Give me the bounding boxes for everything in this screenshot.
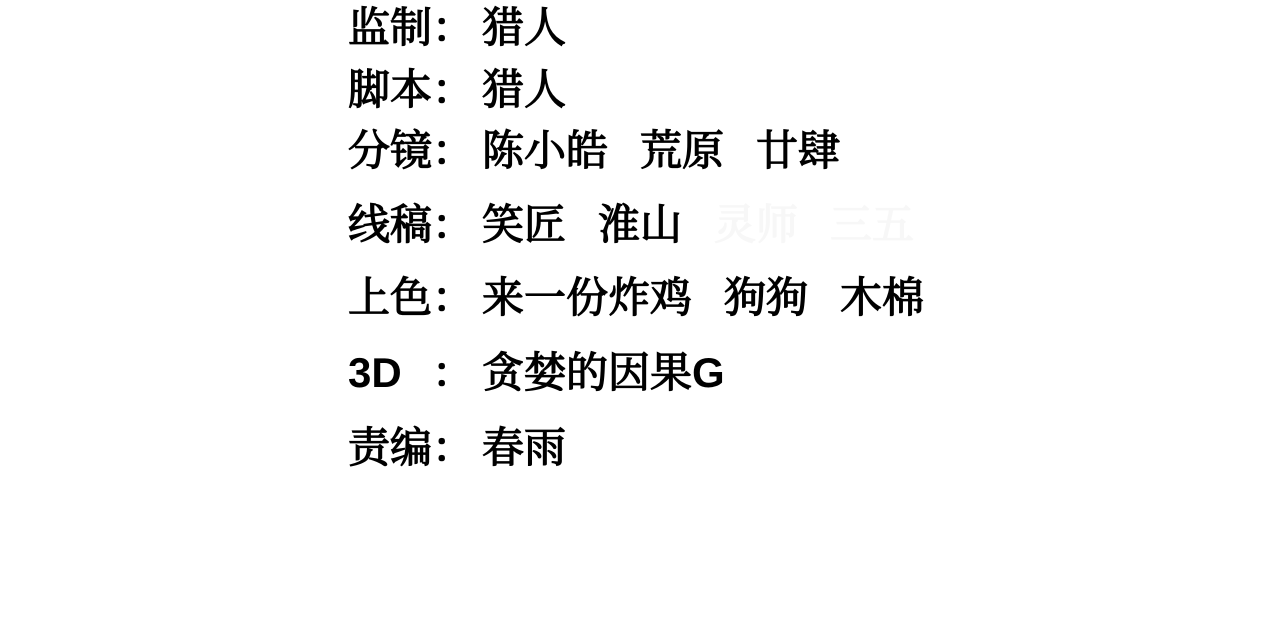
credit-role-label: 监制 (348, 5, 432, 51)
credit-name: 淮山 (598, 202, 682, 248)
credit-role-label: 责编 (348, 425, 432, 471)
credit-name: 贪婪的因果G (482, 350, 725, 396)
credit-names: 贪婪的因果G (482, 350, 725, 396)
credit-row: 脚本 ： 猎人 (348, 67, 1280, 113)
credit-row: 分镜 ： 陈小皓荒原廿肆 (348, 128, 1280, 174)
credit-names: 来一份炸鸡狗狗木棉 (482, 275, 924, 321)
credit-name: 笑匠 (482, 202, 566, 248)
credit-role-label: 3D (348, 350, 432, 396)
credit-role-label: 分镜 (348, 128, 432, 174)
credit-name: 猎人 (482, 67, 566, 113)
credit-row: 上色 ： 来一份炸鸡狗狗木棉 (348, 275, 1280, 321)
credit-names: 笑匠淮山灵师三五 (482, 202, 914, 248)
credit-name: 三五 (830, 202, 914, 248)
credit-row: 3D ： 贪婪的因果G (348, 350, 1280, 396)
credit-name: 荒原 (640, 128, 724, 174)
credit-colon: ： (432, 425, 474, 471)
credit-name: 灵师 (714, 202, 798, 248)
credit-row: 监制 ： 猎人 (348, 5, 1280, 51)
credits-list: 监制 ： 猎人 脚本 ： 猎人 分镜 ： 陈小皓荒原廿肆 线稿 ： 笑匠淮山灵师… (348, 5, 1280, 471)
credit-name: 廿肆 (756, 128, 840, 174)
credit-name: 春雨 (482, 425, 566, 471)
credit-role-label: 脚本 (348, 67, 432, 113)
credit-row: 责编 ： 春雨 (348, 425, 1280, 471)
credit-colon: ： (432, 202, 474, 248)
credit-colon: ： (432, 275, 474, 321)
credit-names: 春雨 (482, 425, 566, 471)
credit-names: 猎人 (482, 5, 566, 51)
credit-colon: ： (432, 350, 474, 396)
credit-name: 狗狗 (724, 275, 808, 321)
credit-row: 线稿 ： 笑匠淮山灵师三五 (348, 202, 1280, 248)
credit-colon: ： (432, 67, 474, 113)
credit-names: 猎人 (482, 67, 566, 113)
credit-name: 来一份炸鸡 (482, 275, 692, 321)
credit-names: 陈小皓荒原廿肆 (482, 128, 840, 174)
credit-name: 陈小皓 (482, 128, 608, 174)
credit-colon: ： (432, 128, 474, 174)
credit-role-label: 线稿 (348, 202, 432, 248)
credit-role-label: 上色 (348, 275, 432, 321)
credit-name: 木棉 (840, 275, 924, 321)
credits-page: 监制 ： 猎人 脚本 ： 猎人 分镜 ： 陈小皓荒原廿肆 线稿 ： 笑匠淮山灵师… (0, 0, 1280, 625)
credit-name: 猎人 (482, 5, 566, 51)
credit-colon: ： (432, 5, 474, 51)
